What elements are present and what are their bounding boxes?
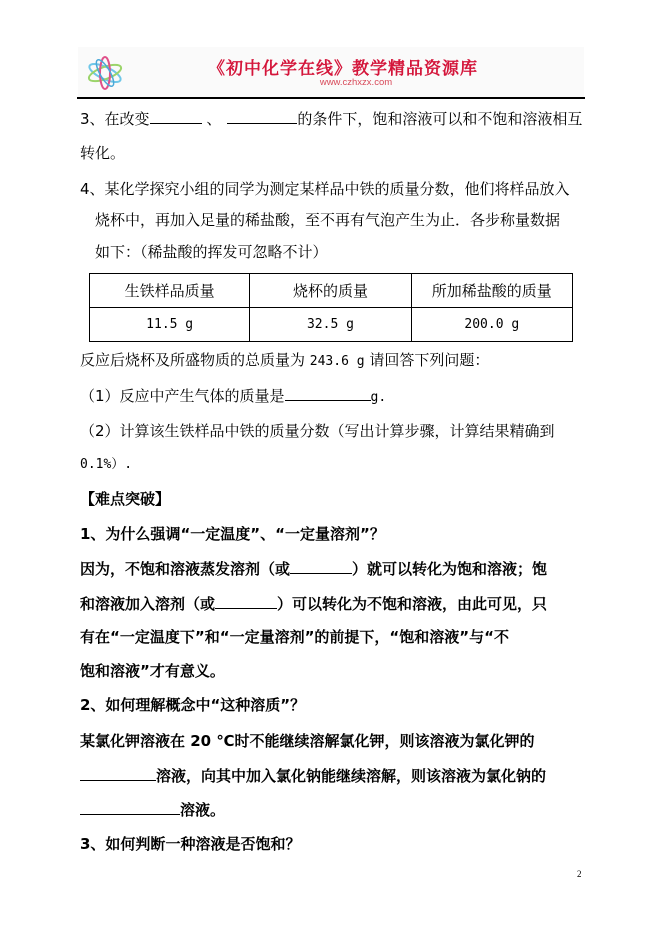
q4-sub1-blank <box>285 385 371 401</box>
table-cell: 200.0 g <box>411 308 572 342</box>
p1-l1-b: ）就可以转化为饱和溶液；饱 <box>352 560 547 578</box>
table-cell: 32.5 g <box>250 308 411 342</box>
q4-sub2-line1: （2）计算该生铁样品中铁的质量分数（写出计算步骤，计算结果精确到 <box>80 421 555 441</box>
p2-l2-b: 溶液，向其中加入氯化钠能继续溶解，则该溶液为氯化钠的 <box>156 767 546 785</box>
p1-line1: 因为，不饱和溶液蒸发溶剂（或）就可以转化为饱和溶液；饱 <box>80 558 547 579</box>
q3-prefix: 3、在改变 <box>80 110 150 128</box>
q4-sub1-prefix: （1）反应中产生气体的质量是 <box>80 387 285 405</box>
table-row: 11.5 g 32.5 g 200.0 g <box>90 308 573 342</box>
q4-after-prefix: 反应后烧杯及所盛物质的总质量为 <box>80 351 310 369</box>
q4-line2: 烧杯中，再加入足量的稀盐酸，至不再有气泡产生为止．各步称量数据 <box>95 210 560 230</box>
q3-blank-2 <box>227 108 297 124</box>
p1-l2-b: ）可以转化为不饱和溶液，由此可见，只 <box>277 595 547 613</box>
q4-sub1: （1）反应中产生气体的质量是g. <box>80 385 386 408</box>
q4-sub2-line2: 0.1%）. <box>80 455 132 475</box>
p2-blank-1 <box>80 765 156 781</box>
q3-sep: 、 <box>202 110 222 128</box>
q3-line1: 3、在改变 、的条件下，饱和溶液可以和不饱和溶液相互 <box>80 108 582 129</box>
p2-l3-b: 溶液。 <box>180 801 225 819</box>
p3-title: 3、如何判断一种溶液是否饱和？ <box>80 834 300 854</box>
p1-l1-a: 因为，不饱和溶液蒸发溶剂（或 <box>80 560 290 578</box>
section-heading: 【难点突破】 <box>80 489 170 509</box>
q3-suffix: 的条件下，饱和溶液可以和不饱和溶液相互 <box>297 110 582 128</box>
table-header-row: 生铁样品质量 烧杯的质量 所加稀盐酸的质量 <box>90 274 573 308</box>
q4-after-suffix: 请回答下列问题： <box>365 351 490 369</box>
p1-line2: 和溶液加入溶剂（或）可以转化为不饱和溶液，由此可见，只 <box>80 593 547 614</box>
header-banner: 《初中化学在线》教学精品资源库 www.czhxzx.com <box>78 47 584 97</box>
p1-blank-2 <box>215 593 277 609</box>
header-divider <box>77 97 585 99</box>
q3-blank-1 <box>150 108 202 124</box>
brand-title: 《初中化学在线》教学精品资源库 <box>208 54 478 79</box>
weighing-data-table: 生铁样品质量 烧杯的质量 所加稀盐酸的质量 11.5 g 32.5 g 200.… <box>89 273 573 342</box>
p1-line3: 有在“一定温度下”和“一定量溶剂”的前提下，“饱和溶液”与“不 <box>80 627 509 647</box>
table-header-cell: 生铁样品质量 <box>90 274 250 308</box>
p1-line4: 饱和溶液”才有意义。 <box>80 661 225 681</box>
q4-sub1-suffix: g. <box>371 390 387 405</box>
page-number: 2 <box>577 869 582 879</box>
q4-line3: 如下：（稀盐酸的挥发可忽略不计） <box>95 242 328 262</box>
brand-url: www.czhxzx.com <box>78 77 584 88</box>
table-header-cell: 烧杯的质量 <box>250 274 411 308</box>
q4-line1: 4、某化学探究小组的同学为测定某样品中铁的质量分数，他们将样品放入 <box>80 179 570 199</box>
p1-l2-a: 和溶液加入溶剂（或 <box>80 595 215 613</box>
p2-blank-2 <box>80 799 180 815</box>
table-cell: 11.5 g <box>90 308 250 342</box>
p2-line2: 溶液，向其中加入氯化钠能继续溶解，则该溶液为氯化钠的 <box>80 765 546 786</box>
q4-after-text: 反应后烧杯及所盛物质的总质量为 243.6 g 请回答下列问题： <box>80 350 489 372</box>
q3-line2: 转化。 <box>80 143 125 163</box>
p1-blank-1 <box>290 558 352 574</box>
p2-line3: 溶液。 <box>80 799 225 820</box>
p2-line1: 某氯化钾溶液在 20 ℃时不能继续溶解氯化钾，则该溶液为氯化钾的 <box>80 731 535 751</box>
q4-total-mass: 243.6 g <box>310 354 365 369</box>
p1-title: 1、为什么强调“一定温度”、“一定量溶剂”？ <box>80 524 385 544</box>
table-header-cell: 所加稀盐酸的质量 <box>411 274 572 308</box>
p2-title: 2、如何理解概念中“这种溶质”？ <box>80 695 305 715</box>
